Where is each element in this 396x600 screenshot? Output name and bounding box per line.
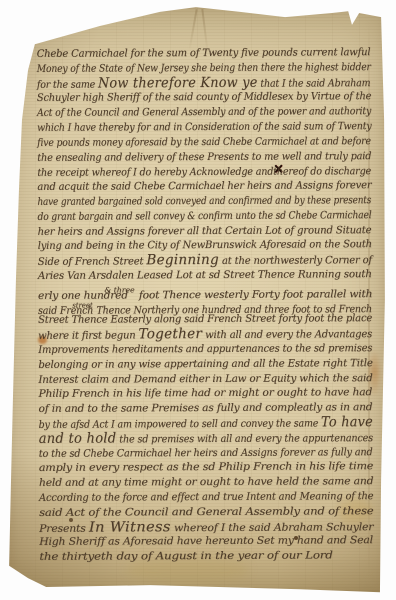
handwriting-segment: thereof do discharge (273, 166, 371, 179)
handwriting-segment: High Sheriff as Aforesaid have hereunto … (39, 534, 373, 548)
crease-line (188, 9, 197, 51)
handwriting-segment: Now therefore Know ye (98, 74, 258, 91)
handwriting-segment: do grant bargain and sell convey & confi… (38, 209, 372, 223)
interline-insertion: street (72, 300, 93, 309)
handwriting-segment: that I the said Abraham (258, 77, 371, 90)
handwriting-segment: at the northwesterly Corner of (219, 254, 372, 267)
manuscript-line-32: said Act of the Council and General Asse… (39, 504, 373, 521)
handwriting-segment: According to the force and effect and tr… (39, 490, 373, 504)
handwriting-segment: of in and to the same Premises as fully … (39, 401, 373, 415)
handwriting-segment: the receipt whereof I do hereby Acknowle… (37, 166, 276, 179)
handwriting-segment: by the afsd Act I am impowered to sell a… (39, 417, 321, 430)
manuscript-line-35: the thirtyeth day of August in the year … (39, 548, 332, 564)
handwriting-segment: Side of French Street (38, 255, 147, 268)
handwriting-segment: have granted bargained sold conveyed and… (37, 194, 371, 208)
manuscript-line-30: held and at any time might or ought to h… (39, 474, 373, 491)
manuscript-line-31: According to the force and effect and tr… (39, 489, 373, 506)
handwriting-segment: and to hold (39, 430, 117, 446)
handwriting-segment: whereof I the said Abraham Schuyler (171, 521, 374, 534)
handwriting-segment: and acquit the said Chebe Carmichael her… (37, 179, 371, 193)
handwriting-segment: the sd premises with all and every the a… (116, 432, 373, 445)
handwriting-segment: the thirtyeth day of August in the year … (39, 549, 332, 563)
handwriting-segment: Philip French in his life time had or mi… (38, 386, 372, 400)
handwriting-segment: Money of the State of New Jersey she bei… (37, 61, 371, 75)
handwriting-segment: Beginning (146, 252, 219, 268)
handwriting-segment: In Witness (89, 519, 171, 535)
photo-background: Chebe Carmichael for the sum of Twenty f… (0, 0, 396, 600)
handwriting-segment: held and at any time might or ought to h… (39, 475, 373, 489)
handwriting-segment: Aries Van Arsdalen Leased Lot at sd Stre… (38, 268, 372, 282)
manuscript-line-33: Presents In Witness whereof I the said A… (39, 519, 373, 536)
handwriting-segment: Together (138, 326, 202, 342)
manuscript-line-27: and to hold the sd premises with all and… (39, 430, 373, 447)
handwriting-segment: belonging or in any wise appertaining an… (38, 357, 372, 371)
handwriting-segment: Street Thence Easterly along said French… (38, 312, 372, 326)
handwriting-segment: To have (321, 414, 373, 430)
handwriting-segment: Act of the Council and General Assembly … (37, 105, 371, 119)
handwriting-segment: Schuyler high Sheriff of the said county… (37, 91, 371, 105)
handwriting-segment: Chebe Carmichael for the sum of Twenty f… (37, 46, 371, 60)
handwriting-segment: Interest claim and Demand either in Law … (38, 372, 372, 386)
handwriting-segment: which I have thereby for and in Consider… (37, 120, 371, 134)
handwriting-segment: Presents (39, 522, 89, 534)
handwriting-segment: said Act of the Council and General Asse… (39, 505, 373, 519)
manuscript-paper: Chebe Carmichael for the sum of Twenty f… (8, 6, 386, 594)
handwriting-segment: where it first begun (38, 329, 138, 342)
manuscript-line-34: High Sheriff as Aforesaid have hereunto … (39, 533, 373, 550)
manuscript-text: Chebe Carmichael for the sum of Twenty f… (37, 45, 374, 565)
handwriting-segment: with all and every the Advantages (202, 328, 372, 341)
handwriting-segment: for the same (37, 78, 98, 90)
manuscript-line-26: by the afsd Act I am impowered to sell a… (39, 415, 373, 432)
handwriting-segment: the ensealing and delivery of these Pres… (37, 150, 371, 164)
handwriting-segment: amply in every respect as the sd Philip … (39, 460, 373, 474)
interline-insertion: & three (104, 285, 134, 294)
handwriting-segment: to the sd Chebe Carmichael her heirs and… (39, 446, 373, 460)
handwriting-segment: her heirs and Assigns forever all that C… (38, 224, 372, 238)
handwriting-segment: Improvements hereditaments and appurtena… (38, 342, 372, 356)
manuscript-line-29: amply in every respect as the sd Philip … (39, 459, 373, 476)
handwriting-segment: five pounds money aforesaid by the said … (37, 135, 371, 149)
handwriting-segment: lying and being in the City of NewBrunsw… (38, 238, 372, 252)
